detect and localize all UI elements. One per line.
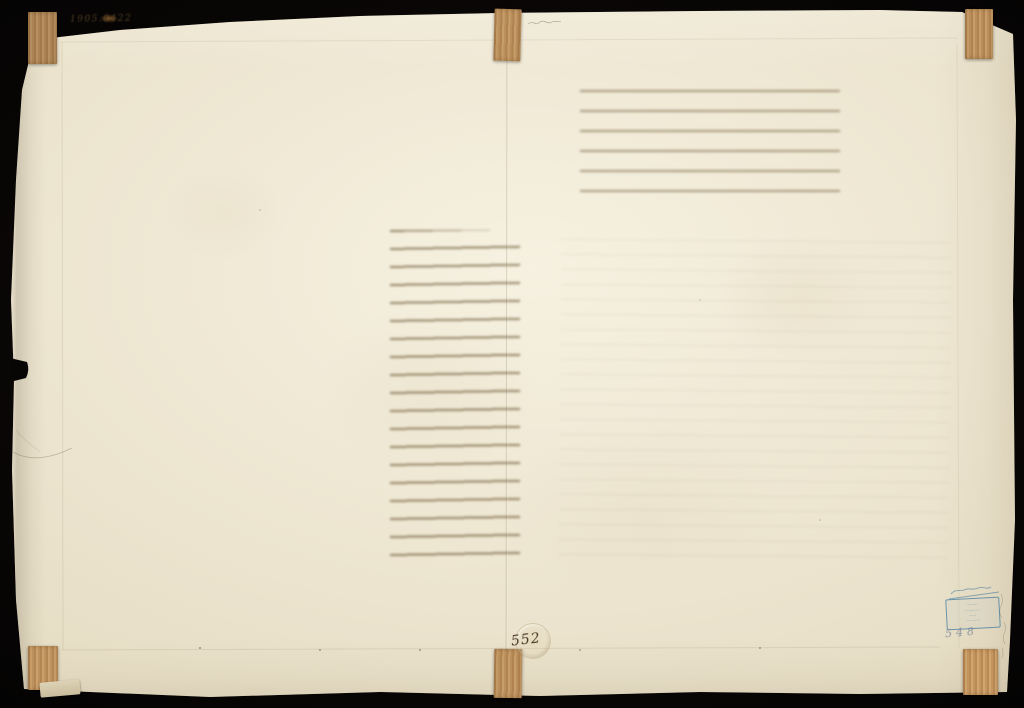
hinge-tape-bottom-right [963, 649, 998, 695]
hinge-tape-top-center [493, 9, 521, 62]
corner-fold [39, 679, 80, 697]
hinge-tape-top-right [965, 9, 993, 59]
hinge-tape-bottom-center [494, 649, 523, 698]
orange-smudge [100, 14, 118, 23]
photograph-stage: 1905.0422 552 ······· ········· ···· ···… [0, 0, 1024, 708]
blue-collection-stamp: ······· ········· ···· ········ [945, 597, 1001, 631]
hinge-tape-top-left [28, 12, 57, 64]
embossed-circle-blind-stamp [515, 623, 551, 659]
stamp-text-row: ········ [966, 619, 980, 624]
paper-sheet-verso [0, 0, 1024, 708]
